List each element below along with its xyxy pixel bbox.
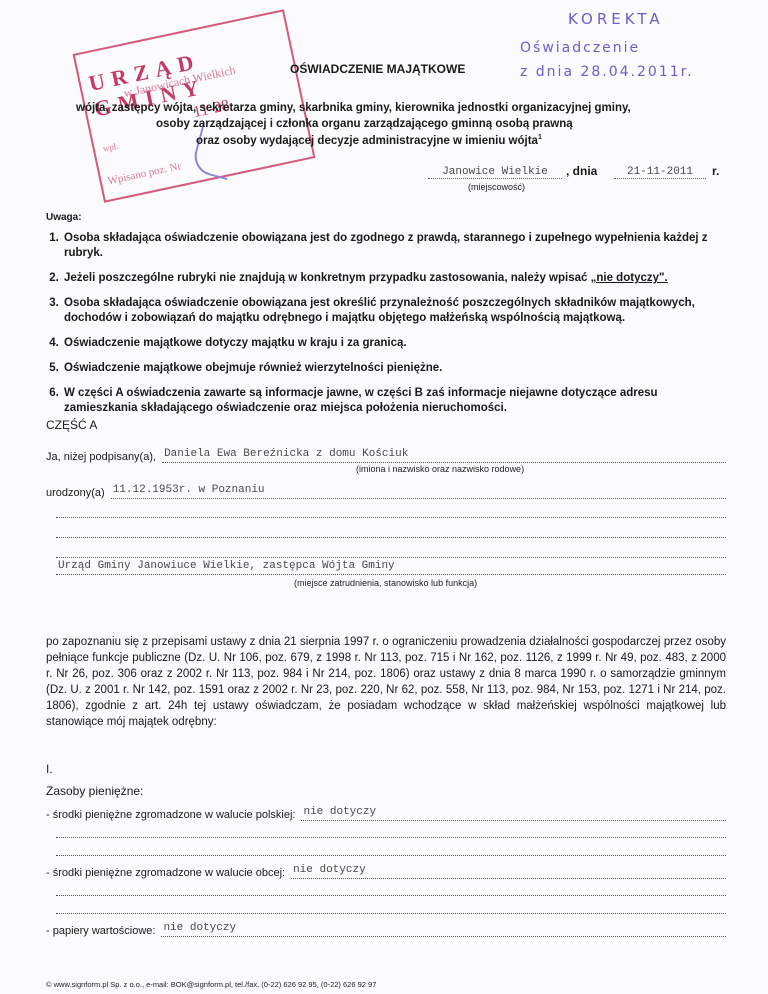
signed-row: Ja, niżej podpisany(a), Daniela Ewa Bere…: [46, 448, 726, 463]
securities-label: - papiery wartościowe:: [46, 925, 155, 937]
employment-field[interactable]: Urząd Gminy Janowiuce Wielkie, zastępca …: [56, 560, 726, 575]
subtitle-line-3: oraz osoby wydającej decyzje administrac…: [196, 134, 542, 147]
born-field[interactable]: 11.12.1953r. w Poznaniu: [111, 484, 726, 499]
pln-field[interactable]: nie dotyczy: [301, 806, 726, 821]
note-item: Osoba składająca oświadczenie obowiązana…: [62, 296, 716, 326]
born-label: urodzony(a): [46, 487, 105, 499]
note-item: Jeżeli poszczególne rubryki nie znajdują…: [62, 271, 716, 286]
securities-field[interactable]: nie dotyczy: [161, 922, 726, 937]
date-field[interactable]: 21-11-2011: [614, 166, 706, 179]
blank-line[interactable]: [56, 912, 726, 914]
place-caption: (miejscowość): [468, 182, 525, 192]
handwritten-note-line3: z dnia 28.04.2011r.: [520, 64, 694, 80]
date-suffix: r.: [712, 164, 719, 178]
handwritten-note-line2: Oświadczenie: [520, 40, 640, 56]
pln-label: - środki pieniężne zgromadzone w walucie…: [46, 809, 295, 821]
note-item: Oświadczenie majątkowe dotyczy majątku w…: [62, 336, 716, 351]
blank-line[interactable]: [56, 836, 726, 838]
declaration-text: po zapoznaniu się z przepisami ustawy z …: [46, 634, 726, 730]
blank-line[interactable]: [56, 556, 726, 558]
foreign-field[interactable]: nie dotyczy: [291, 864, 726, 879]
place-field[interactable]: Janowice Wielkie: [428, 166, 562, 179]
handwritten-correction: KOREKTA: [568, 10, 664, 28]
pln-row: - środki pieniężne zgromadzone w walucie…: [46, 806, 726, 821]
stamp-received-label: wpł.: [102, 141, 119, 154]
section-title: Zasoby pieniężne:: [46, 784, 143, 798]
subtitle-line-2: osoby zarządzającej i członka organu zar…: [156, 118, 573, 130]
note-item: Oświadczenie majątkowe obejmuje również …: [62, 361, 716, 376]
securities-row: - papiery wartościowe: nie dotyczy: [46, 922, 726, 937]
notes-section: Uwaga: Osoba składająca oświadczenie obo…: [46, 212, 716, 426]
signed-caption: (imiona i nazwisko oraz nazwisko rodowe): [356, 464, 524, 474]
foreign-label: - środki pieniężne zgromadzone w walucie…: [46, 867, 285, 879]
footer-text: © www.signform.pl Sp. z o.o., e-mail: BO…: [46, 980, 376, 989]
notes-label: Uwaga:: [46, 212, 716, 223]
employment-caption: (miejsce zatrudnienia, stanowisko lub fu…: [294, 578, 477, 588]
blank-line[interactable]: [56, 894, 726, 896]
born-row: urodzony(a) 11.12.1953r. w Poznaniu: [46, 484, 726, 499]
blank-line[interactable]: [56, 854, 726, 856]
signed-label: Ja, niżej podpisany(a),: [46, 451, 156, 463]
blank-line[interactable]: [56, 516, 726, 518]
employment-row: Urząd Gminy Janowiuce Wielkie, zastępca …: [56, 560, 726, 575]
subtitle-line-1: wójta, zastępcy wójta, sekretarza gminy,…: [76, 102, 631, 114]
section-number: I.: [46, 762, 53, 776]
note-item: Osoba składająca oświadczenie obowiązana…: [62, 231, 716, 261]
foreign-row: - środki pieniężne zgromadzone w walucie…: [46, 864, 726, 879]
document-title: OŚWIADCZENIE MAJĄTKOWE: [290, 62, 465, 76]
note-item: W części A oświadczenia zawarte są infor…: [62, 386, 716, 416]
stamp-entry-label: Wpisano poz. Nr: [107, 160, 183, 187]
date-label: , dnia: [566, 164, 597, 178]
blank-line[interactable]: [56, 536, 726, 538]
part-a-heading: CZĘŚĆ A: [46, 418, 97, 432]
signed-name-field[interactable]: Daniela Ewa Bereźnicka z domu Kościuk: [162, 448, 726, 463]
place-value: Janowice Wielkie: [428, 166, 562, 179]
